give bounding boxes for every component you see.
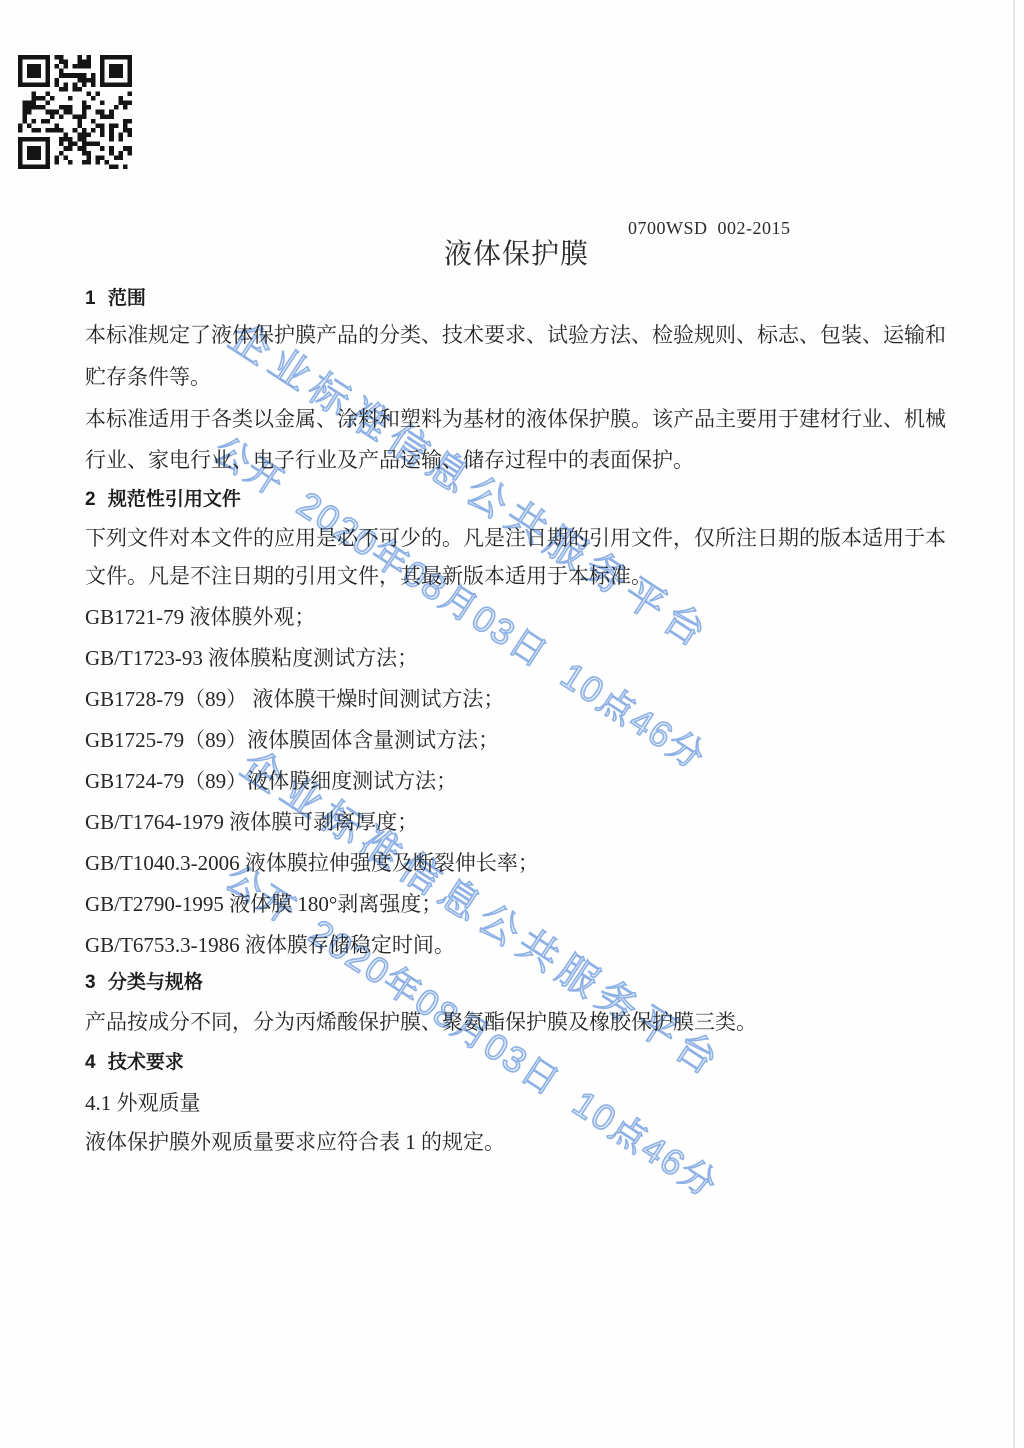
text-line: 贮存条件等。: [85, 365, 211, 389]
section-heading: 2 规范性引用文件: [85, 489, 241, 511]
text-line: 下列文件对本文件的应用是必不可少的。凡是注日期的引用文件，仅所注日期的版本适用于…: [85, 526, 946, 550]
text-line: 4.1 外观质量: [85, 1091, 201, 1115]
text-line: 本标准适用于各类以金属、涂料和塑料为基材的液体保护膜。该产品主要用于建材行业、机…: [85, 407, 946, 431]
text-line: 本标准规定了液体保护膜产品的分类、技术要求、试验方法、检验规则、标志、包装、运输…: [85, 323, 946, 347]
standard-number: 0700WSD 002-2015: [628, 219, 791, 237]
text-line: 液体保护膜外观质量要求应符合表 1 的规定。: [85, 1130, 505, 1154]
text-line: GB/T6753.3-1986 液体膜存储稳定时间。: [85, 933, 455, 957]
text-line: 文件。凡是不注日期的引用文件，其最新版本适用于本标准。: [85, 564, 652, 588]
text-line: GB/T1040.3-2006 液体膜拉伸强度及断裂伸长率；: [85, 851, 539, 875]
text-line: GB/T2790-1995 液体膜 180°剥离强度；: [85, 892, 442, 916]
text-line: GB1728-79（89） 液体膜干燥时间测试方法；: [85, 687, 504, 711]
scanned-standard-document-page: { "document": { "code": "0700WSD 002-201…: [0, 0, 1024, 1448]
text-line: GB/T1723-93 液体膜粘度测试方法；: [85, 646, 418, 670]
qr-code-icon: [18, 55, 132, 169]
page-background: 企业标准信息公共服务平台 公开 2020年08月03日 10点46分 企业标准信…: [0, 0, 1024, 1448]
document-title: 液体保护膜: [444, 240, 589, 268]
document-content: 0700WSD 002-2015 液体保护膜 1 范围本标准规定了液体保护膜产品…: [0, 0, 1024, 1448]
section-heading: 3 分类与规格: [85, 972, 203, 994]
text-line: GB1721-79 液体膜外观；: [85, 605, 315, 629]
text-line: GB1724-79（89）液体膜细度测试方法；: [85, 769, 457, 793]
section-heading: 4 技术要求: [85, 1052, 184, 1074]
text-line: 行业、家电行业、电子行业及产品运输、储存过程中的表面保护。: [85, 448, 694, 472]
text-line: GB/T1764-1979 液体膜可剥离厚度；: [85, 810, 418, 834]
section-heading: 1 范围: [85, 288, 146, 310]
text-line: 产品按成分不同，分为丙烯酸保护膜、聚氨酯保护膜及橡胶保护膜三类。: [85, 1010, 757, 1034]
text-line: GB1725-79（89）液体膜固体含量测试方法；: [85, 728, 499, 752]
